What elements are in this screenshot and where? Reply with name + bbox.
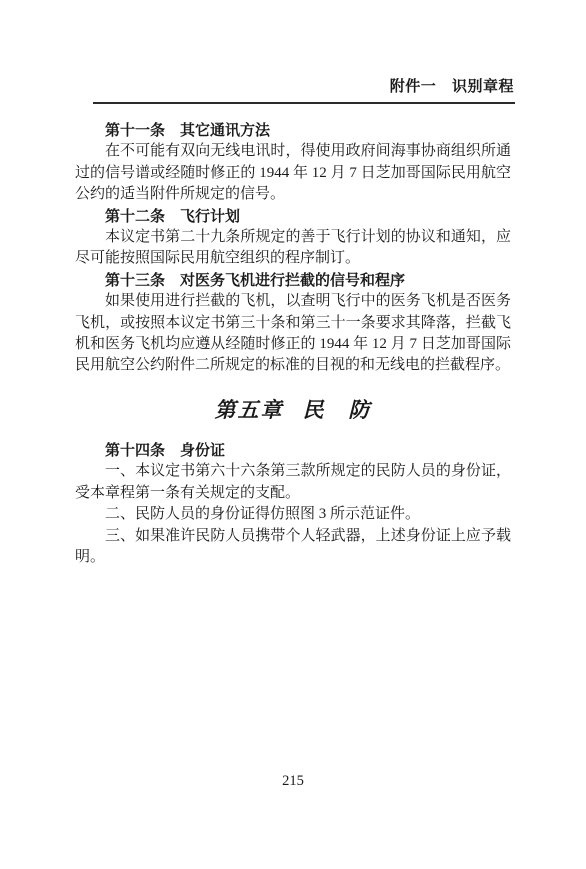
document-page: 附件一识别章程 第十一条其它通讯方法 在不可能有双向无线电讯时，得使用政府间海事… [0, 0, 586, 869]
paragraph: 如果使用进行拦截的飞机，以查明飞行中的医务飞机是否医务飞机，或按照本议定书第三十… [75, 291, 511, 377]
chapter-number: 第五章 [215, 398, 284, 422]
article-heading-11: 第十一条其它通讯方法 [75, 120, 511, 141]
chapter-heading-5: 第五章民 防 [75, 395, 511, 425]
article-heading-13: 第十三条对医务飞机进行拦截的信号和程序 [75, 270, 511, 291]
article-number: 第十三条 [105, 272, 165, 289]
chapter-title: 民 防 [302, 398, 371, 422]
article-number: 第十四条 [105, 442, 165, 459]
article-title: 对医务飞机进行拦截的信号和程序 [180, 272, 405, 289]
paragraph: 本议定书第二十九条所规定的善于飞行计划的协议和通知，应尽可能按照国际民用航空组织… [75, 227, 511, 270]
article-number: 第十一条 [105, 122, 165, 139]
article-heading-14: 第十四条身份证 [75, 440, 511, 461]
header-chapter-label: 识别章程 [452, 78, 514, 95]
header-rule [93, 102, 515, 104]
article-title: 身份证 [180, 442, 225, 459]
paragraph: 一、本议定书第六十六条第三款所规定的民防人员的身份证，受本章程第一条有关规定的支… [75, 461, 511, 504]
page-number: 215 [0, 771, 586, 791]
paragraph: 二、民防人员的身份证得仿照图 3 所示范证件。 [75, 504, 511, 525]
document-body: 第十一条其它通讯方法 在不可能有双向无线电讯时，得使用政府间海事协商组织所通过的… [75, 120, 511, 568]
article-heading-12: 第十二条飞行计划 [75, 206, 511, 227]
header-annex-label: 附件一 [390, 78, 437, 95]
paragraph: 三、如果准许民防人员携带个人轻武器，上述身份证上应予载明。 [75, 526, 511, 569]
article-number: 第十二条 [105, 208, 165, 225]
paragraph: 在不可能有双向无线电讯时，得使用政府间海事协商组织所通过的信号谱或经随时修正的 … [75, 141, 511, 205]
running-header: 附件一识别章程 [390, 79, 514, 95]
article-title: 飞行计划 [180, 208, 240, 225]
article-title: 其它通讯方法 [180, 122, 270, 139]
